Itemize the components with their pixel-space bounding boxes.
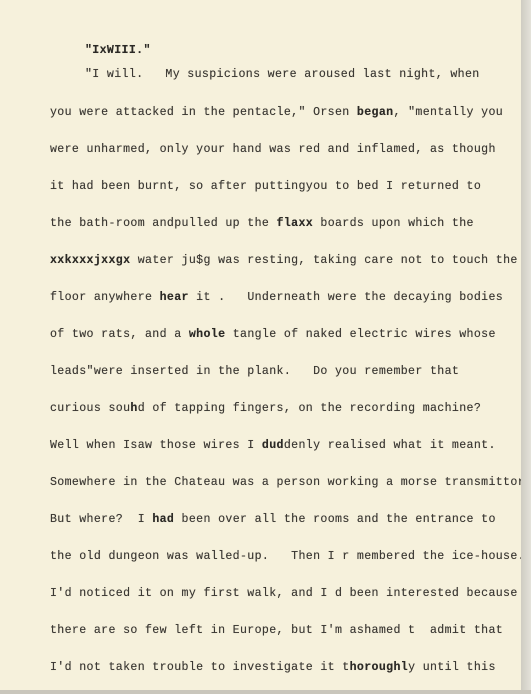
text-line-14: the old dungeon was walled-up. Then I r … <box>50 550 525 563</box>
text-line-12: Somewhere in the Chateau was a person wo… <box>50 476 531 489</box>
text-line-15: I'd noticed it on my first walk, and I d… <box>50 587 518 600</box>
text-line-3: were unharmed, only your hand was red an… <box>50 143 496 156</box>
text-segment: floor anywhere <box>50 291 160 304</box>
corrected-word: dud <box>262 439 284 452</box>
text-line-1: "I will. My suspicions were aroused last… <box>85 68 480 81</box>
struck-text: "IxWIII." <box>85 44 151 57</box>
text-segment: , "mentally you <box>393 106 503 119</box>
struck-word: horoughl <box>350 661 408 674</box>
text-segment: I'd not taken trouble to investigate it … <box>50 661 350 674</box>
text-segment: But where? I <box>50 513 152 526</box>
page-bottom-edge <box>0 690 531 694</box>
typewritten-page: "IxWIII." "I will. My suspicions were ar… <box>0 0 521 690</box>
corrected-letter: h <box>130 402 137 415</box>
text-line-6: xxkxxxjxxgx water ju$g was resting, taki… <box>50 254 518 267</box>
text-line-11: Well when Isaw those wires I duddenly re… <box>50 439 496 452</box>
text-line-9: leads"were inserted in the plank. Do you… <box>50 365 459 378</box>
struck-word: flaxx <box>277 217 314 230</box>
corrected-word: had <box>152 513 174 526</box>
text-line-16: there are so few left in Europe, but I'm… <box>50 624 503 637</box>
text-line-17: I'd not taken trouble to investigate it … <box>50 661 496 674</box>
text-line-8: of two rats, and a whole tangle of naked… <box>50 328 496 341</box>
text-segment: Well when Isaw those wires I <box>50 439 262 452</box>
text-line-5: the bath-room andpulled up the flaxx boa… <box>50 217 474 230</box>
text-line-2: you were attacked in the pentacle," Orse… <box>50 106 503 119</box>
text-segment: denly realised what it meant. <box>284 439 496 452</box>
text-line-4: it had been burnt, so after puttingyou t… <box>50 180 481 193</box>
text-segment: y until this <box>408 661 496 674</box>
text-segment: boards upon which the <box>313 217 474 230</box>
text-line-13: But where? I had been over all the rooms… <box>50 513 496 526</box>
page-edge <box>521 0 531 694</box>
text-segment: of two rats, and a <box>50 328 189 341</box>
text-segment: the bath-room andpulled up the <box>50 217 277 230</box>
text-segment: you were attacked in the pentacle," Orse… <box>50 106 357 119</box>
text-segment: it . Underneath were the decaying bodies <box>189 291 503 304</box>
text-segment: water ju$g was resting, taking care not … <box>130 254 517 267</box>
text-line-10: curious souhd of tapping fingers, on the… <box>50 402 481 415</box>
struck-word: whole <box>189 328 226 341</box>
text-segment: been over all the rooms and the entrance… <box>174 513 496 526</box>
struck-word: xxkxxxjxxgx <box>50 254 130 267</box>
text-line-7: floor anywhere hear it . Underneath were… <box>50 291 503 304</box>
struck-heading: "IxWIII." <box>85 44 151 57</box>
text-segment: curious sou <box>50 402 130 415</box>
corrected-word: began <box>357 106 394 119</box>
text-segment: d of tapping fingers, on the recording m… <box>138 402 481 415</box>
corrected-word: hear <box>160 291 189 304</box>
text-segment: tangle of naked electric wires whose <box>225 328 495 341</box>
